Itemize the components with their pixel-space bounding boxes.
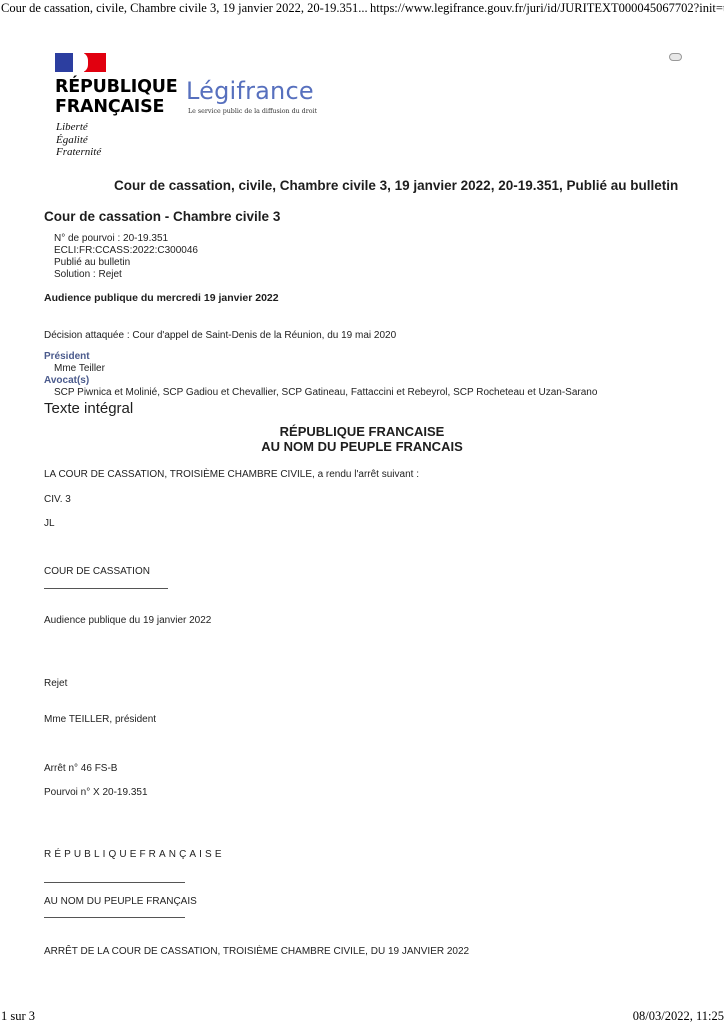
print-datetime: 08/03/2022, 11:25 — [633, 1009, 724, 1024]
peuple-line: AU NOM DU PEUPLE FRANÇAIS — [44, 896, 197, 907]
legifrance-brand: Légifrance — [186, 77, 314, 105]
solution-line: Rejet — [44, 678, 67, 689]
arret-title: ARRÊT DE LA COUR DE CASSATION, TROISIÈME… — [44, 946, 469, 957]
ecli-code: ECLI:FR:CCASS:2022:C300046 — [54, 245, 198, 257]
print-header-title: Cour de cassation, civile, Chambre civil… — [1, 1, 368, 16]
juridiction-heading: Cour de cassation - Chambre civile 3 — [44, 209, 280, 224]
solution: Solution : Rejet — [54, 269, 198, 281]
print-header-url: https://www.legifrance.gouv.fr/juri/id/J… — [370, 1, 724, 16]
republique-francaise-wordmark: RÉPUBLIQUE FRANÇAISE — [55, 77, 178, 117]
cour-label: COUR DE CASSATION — [44, 566, 150, 577]
publication-status: Publié au bulletin — [54, 257, 198, 269]
divider — [44, 917, 185, 918]
divider — [44, 588, 168, 589]
avocats-value: SCP Piwnica et Molinié, SCP Gadiou et Ch… — [54, 387, 597, 398]
republique-spaced: RÉPUBLIQUEFRANÇAISE — [44, 849, 225, 860]
arret-number: Arrêt n° 46 FS-B — [44, 763, 117, 774]
audience-heading: Audience publique du mercredi 19 janvier… — [44, 292, 279, 304]
pourvoi-line: Pourvoi n° X 20-19.351 — [44, 787, 148, 798]
republique-heading: RÉPUBLIQUE FRANCAISE AU NOM DU PEUPLE FR… — [0, 424, 724, 454]
legifrance-tagline: Le service public de la diffusion du dro… — [188, 108, 317, 115]
decision-meta: N° de pourvoi : 20-19.351 ECLI:FR:CCASS:… — [54, 233, 198, 281]
decision-attaquee: Décision attaquée : Cour d'appel de Sain… — [44, 330, 396, 341]
president-label: Président — [44, 351, 90, 362]
texte-integral-heading: Texte intégral — [44, 400, 133, 417]
audience-line: Audience publique du 19 janvier 2022 — [44, 615, 211, 626]
pourvoi-number: N° de pourvoi : 20-19.351 — [54, 233, 198, 245]
divider — [44, 882, 185, 883]
chamber-code: CIV. 3 — [44, 494, 71, 505]
page-title: Cour de cassation, civile, Chambre civil… — [58, 178, 724, 193]
print-header: Cour de cassation, civile, Chambre civil… — [0, 0, 724, 16]
initials: JL — [44, 518, 55, 529]
president-line: Mme TEILLER, président — [44, 714, 156, 725]
page-counter: 1 sur 3 — [1, 1009, 35, 1024]
motto: Liberté Égalité Fraternité — [56, 121, 101, 159]
marianne-flag-icon — [55, 53, 106, 72]
toggle-button[interactable] — [669, 53, 682, 61]
intro-paragraph: LA COUR DE CASSATION, TROISIÈME CHAMBRE … — [44, 469, 419, 480]
avocats-label: Avocat(s) — [44, 375, 89, 386]
president-value: Mme Teiller — [54, 363, 105, 374]
print-footer: 1 sur 3 08/03/2022, 11:25 — [0, 1009, 724, 1024]
